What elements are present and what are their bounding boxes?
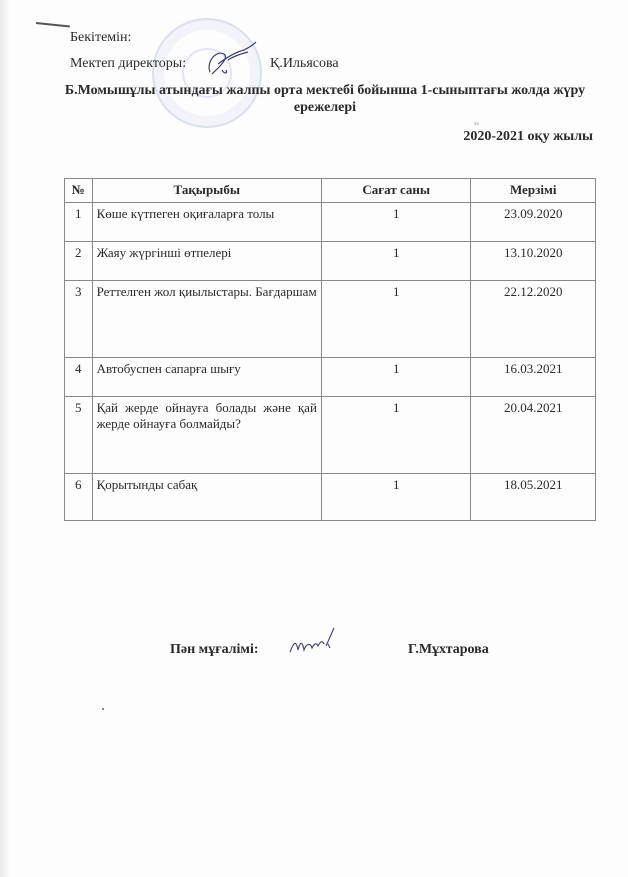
table-row: 3 Реттелген жол қиылыстары. Бағдаршам 1 … bbox=[65, 281, 596, 358]
scan-speck bbox=[102, 708, 104, 710]
table-row: 5 Қай жерде ойнауға болады және қай жерд… bbox=[65, 397, 596, 474]
academic-year: 2020-2021 оқу жылы bbox=[463, 129, 593, 145]
row-hours: 1 bbox=[321, 358, 471, 397]
row-number: 1 bbox=[65, 203, 93, 242]
director-signature-icon bbox=[202, 40, 262, 78]
row-hours: 1 bbox=[321, 203, 471, 242]
row-hours: 1 bbox=[321, 242, 471, 281]
table-row: 1 Көше күтпеген оқиғаларға толы 1 23.09.… bbox=[65, 203, 596, 242]
row-date: 20.04.2021 bbox=[471, 397, 596, 474]
table-row: 4 Автобуспен сапарға шығу 1 16.03.2021 bbox=[65, 358, 596, 397]
approved-label: Бекітемін: bbox=[70, 30, 131, 46]
director-label: Мектеп директоры: bbox=[70, 56, 186, 72]
row-date: 18.05.2021 bbox=[471, 474, 596, 521]
lesson-plan-table: № Тақырыбы Сағат саны Мерзімі 1 Көше күт… bbox=[64, 178, 596, 521]
table-row: 6 Қорытынды сабақ 1 18.05.2021 bbox=[65, 474, 596, 521]
row-topic: Қорытынды сабақ bbox=[92, 474, 321, 521]
row-number: 6 bbox=[65, 474, 93, 521]
row-hours: 1 bbox=[321, 474, 471, 521]
pen-stroke-mark bbox=[36, 22, 70, 28]
header-hours: Сағат саны bbox=[321, 179, 471, 203]
row-date: 13.10.2020 bbox=[471, 242, 596, 281]
row-topic: Автобуспен сапарға шығу bbox=[92, 358, 321, 397]
document-page: Бекітемін: Мектеп директоры: Қ.Ильясова … bbox=[0, 0, 628, 877]
row-number: 2 bbox=[65, 242, 93, 281]
document-title: Б.Момышұлы атындағы жалпы орта мектебі б… bbox=[60, 82, 590, 116]
teacher-label: Пән мұғалімі: bbox=[170, 642, 259, 658]
row-topic: Көше күтпеген оқиғаларға толы bbox=[92, 203, 321, 242]
header-topic: Тақырыбы bbox=[92, 179, 321, 203]
row-date: 22.12.2020 bbox=[471, 281, 596, 358]
scan-edge-shadow bbox=[0, 0, 10, 877]
row-topic: Қай жерде ойнауға болады және қай жерде … bbox=[92, 397, 321, 474]
header-number: № bbox=[65, 179, 93, 203]
row-number: 3 bbox=[65, 281, 93, 358]
row-hours: 1 bbox=[321, 281, 471, 358]
row-topic: Жаяу жүргінші өтпелері bbox=[92, 242, 321, 281]
director-name: Қ.Ильясова bbox=[270, 56, 339, 72]
table-header-row: № Тақырыбы Сағат саны Мерзімі bbox=[65, 179, 596, 203]
table-row: 2 Жаяу жүргінші өтпелері 1 13.10.2020 bbox=[65, 242, 596, 281]
row-date: 16.03.2021 bbox=[471, 358, 596, 397]
row-date: 23.09.2020 bbox=[471, 203, 596, 242]
scan-artifact-mark: з» bbox=[474, 121, 479, 127]
row-number: 4 bbox=[65, 358, 93, 397]
row-number: 5 bbox=[65, 397, 93, 474]
row-hours: 1 bbox=[321, 397, 471, 474]
header-date: Мерзімі bbox=[471, 179, 596, 203]
teacher-signature-icon bbox=[286, 624, 342, 658]
row-topic: Реттелген жол қиылыстары. Бағдаршам bbox=[92, 281, 321, 358]
teacher-name: Г.Мұхтарова bbox=[408, 642, 489, 658]
